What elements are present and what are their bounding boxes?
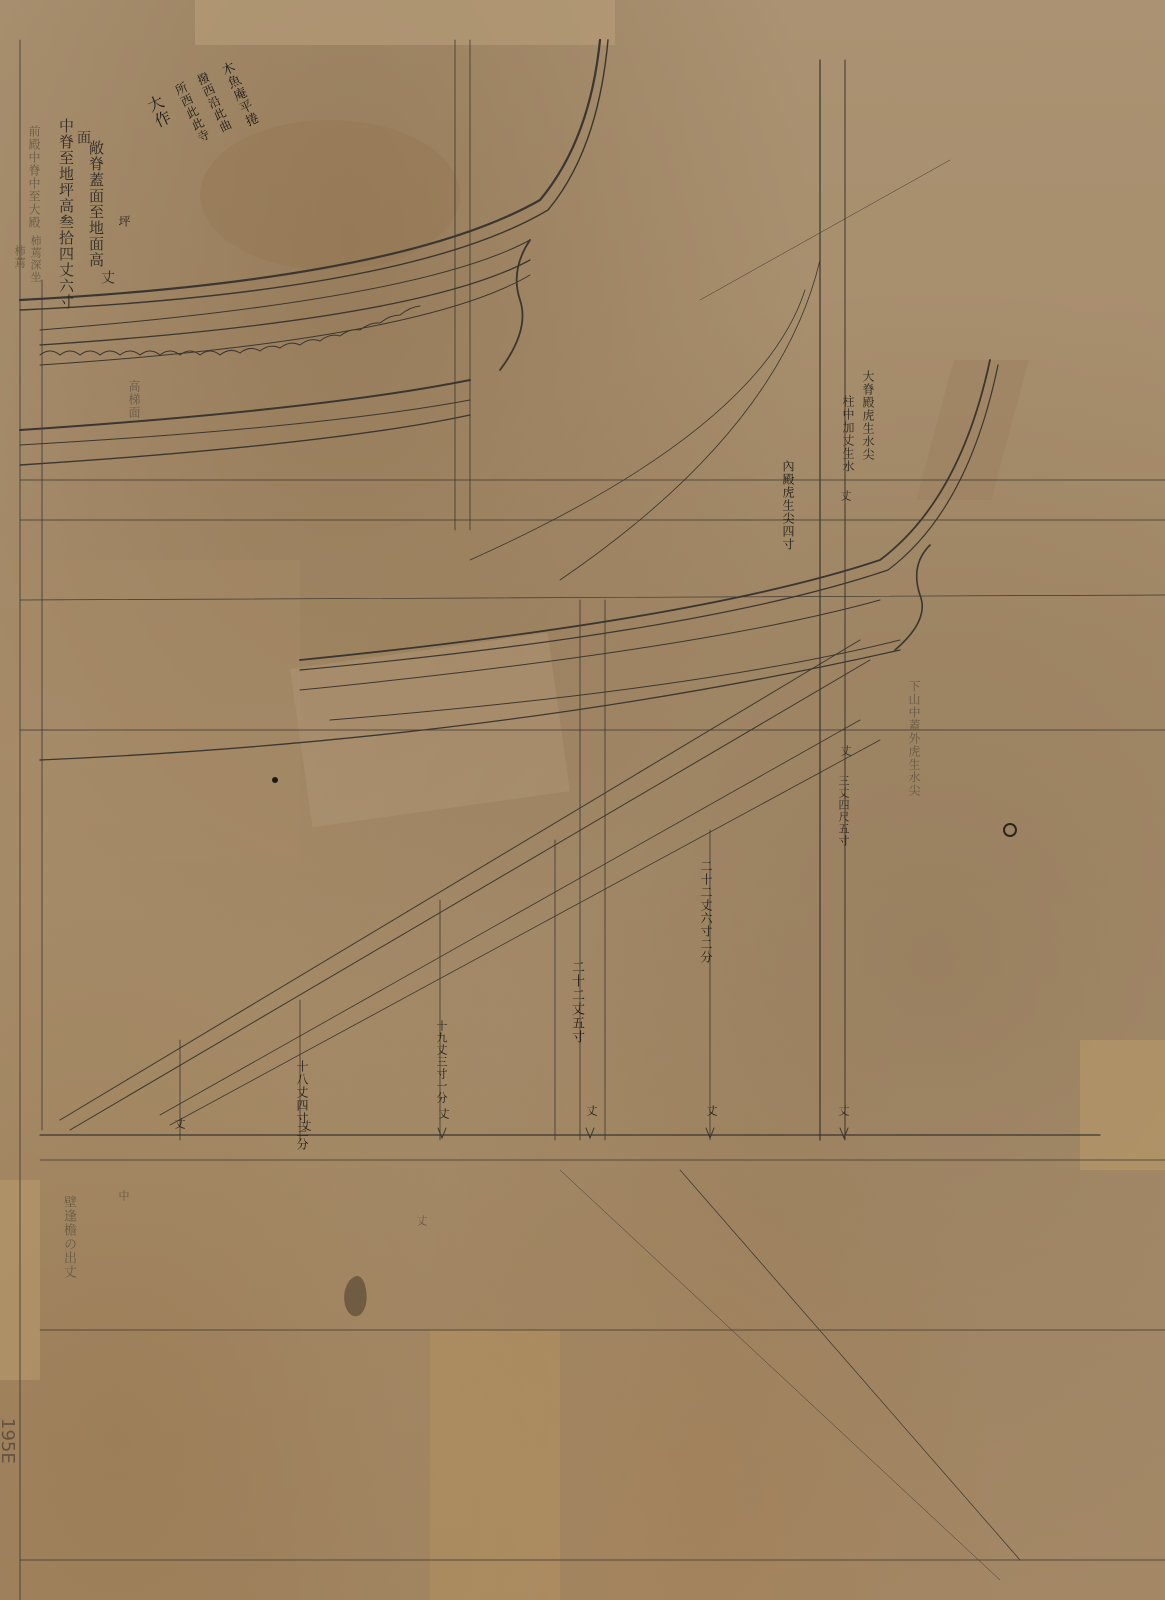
diagonal-rafter-2 bbox=[70, 660, 870, 1130]
upper-eave-line-7 bbox=[20, 400, 470, 445]
dimension-label-1-unit: 丈 bbox=[706, 1105, 717, 1117]
dimension-label-4-unit: 丈 bbox=[300, 1120, 311, 1132]
upper-eave-line-6 bbox=[20, 380, 470, 430]
dimension-label-5: 丈 bbox=[174, 1118, 185, 1130]
upper-bracket bbox=[500, 240, 530, 370]
ink-blot-bottom bbox=[344, 1276, 366, 1316]
bottom-mid-note-1: 中 bbox=[118, 1190, 129, 1202]
ridge-height-note: 中脊至地坪高叁拾四丈六寸 bbox=[58, 118, 73, 310]
bottom-left-note: 壁逢檐の出丈 bbox=[62, 1195, 75, 1279]
right-eave-line-3 bbox=[300, 600, 880, 690]
upper-eave-line-8 bbox=[20, 415, 470, 465]
lower-eave-note: 下山中蓋外虎生水尖 bbox=[908, 680, 920, 797]
bottom-mid-note-2: 丈 bbox=[416, 1215, 427, 1227]
right-note-zhang-2: 丈 bbox=[840, 745, 851, 757]
level-note-zhang: 丈 bbox=[100, 270, 114, 285]
diagonal-rafter-6 bbox=[680, 1170, 1020, 1560]
dimension-label-3: 十九丈三寸一分 bbox=[436, 1020, 447, 1104]
pillar-note: 柱中加丈生水 bbox=[842, 395, 854, 473]
ink-dot bbox=[272, 777, 278, 783]
main-hall-note: 大脊殿虎生水尖 bbox=[862, 370, 874, 461]
dimension-label-2: 二十二丈五寸 bbox=[570, 960, 583, 1044]
right-note-zhang: 丈 bbox=[840, 490, 851, 502]
diagonal-rafter-5 bbox=[700, 160, 950, 300]
upper-eave-line-3 bbox=[40, 240, 530, 330]
level-note-floor: 坪 bbox=[118, 215, 130, 228]
roof-height-note: 敞脊蓋面至地面高 bbox=[88, 140, 103, 268]
dimension-label-3-unit: 丈 bbox=[438, 1108, 449, 1120]
dimension-label-6: 丈 bbox=[838, 1105, 849, 1117]
eave-height-label: 高梯面 bbox=[128, 380, 140, 419]
diagonal-rafter-4 bbox=[170, 740, 880, 1125]
ink-ring bbox=[1004, 824, 1016, 836]
dimension-arrows bbox=[438, 1128, 848, 1138]
left-margin-note-3: 柿蔫 bbox=[14, 245, 25, 269]
overhang-dimension: 三丈四尺五寸 bbox=[838, 775, 849, 847]
inner-hall-note: 內殿虎生尖四寸 bbox=[782, 460, 794, 551]
vertical-grid bbox=[20, 40, 845, 1600]
diagonal-rafter-7 bbox=[560, 1170, 1000, 1580]
drawing-sheet: 木魚庵平捲 撥西沿此曲 所西此此寺 大作 中脊至地坪高叁拾四丈六寸 面 敞脊蓋面… bbox=[0, 0, 1165, 1600]
dimension-label-4: 十八丈四寸三分 bbox=[296, 1060, 308, 1151]
left-margin-note-2: 柿蔫深坐 bbox=[30, 235, 41, 283]
dimension-label-1: 二十二丈六寸二分 bbox=[700, 860, 712, 964]
horizontal-grid bbox=[20, 480, 1165, 1560]
right-eave-line-5 bbox=[40, 650, 900, 760]
left-margin-note-1: 前殿中脊中至大殿 bbox=[28, 125, 40, 229]
right-eave-line-1 bbox=[300, 360, 990, 660]
archive-number: 195E bbox=[0, 1418, 18, 1464]
diagonal-rafter-3 bbox=[160, 720, 860, 1115]
dimension-label-2-unit: 丈 bbox=[586, 1105, 597, 1117]
drawing-lines bbox=[0, 0, 1165, 1600]
upper-eave-line-1 bbox=[20, 40, 600, 300]
